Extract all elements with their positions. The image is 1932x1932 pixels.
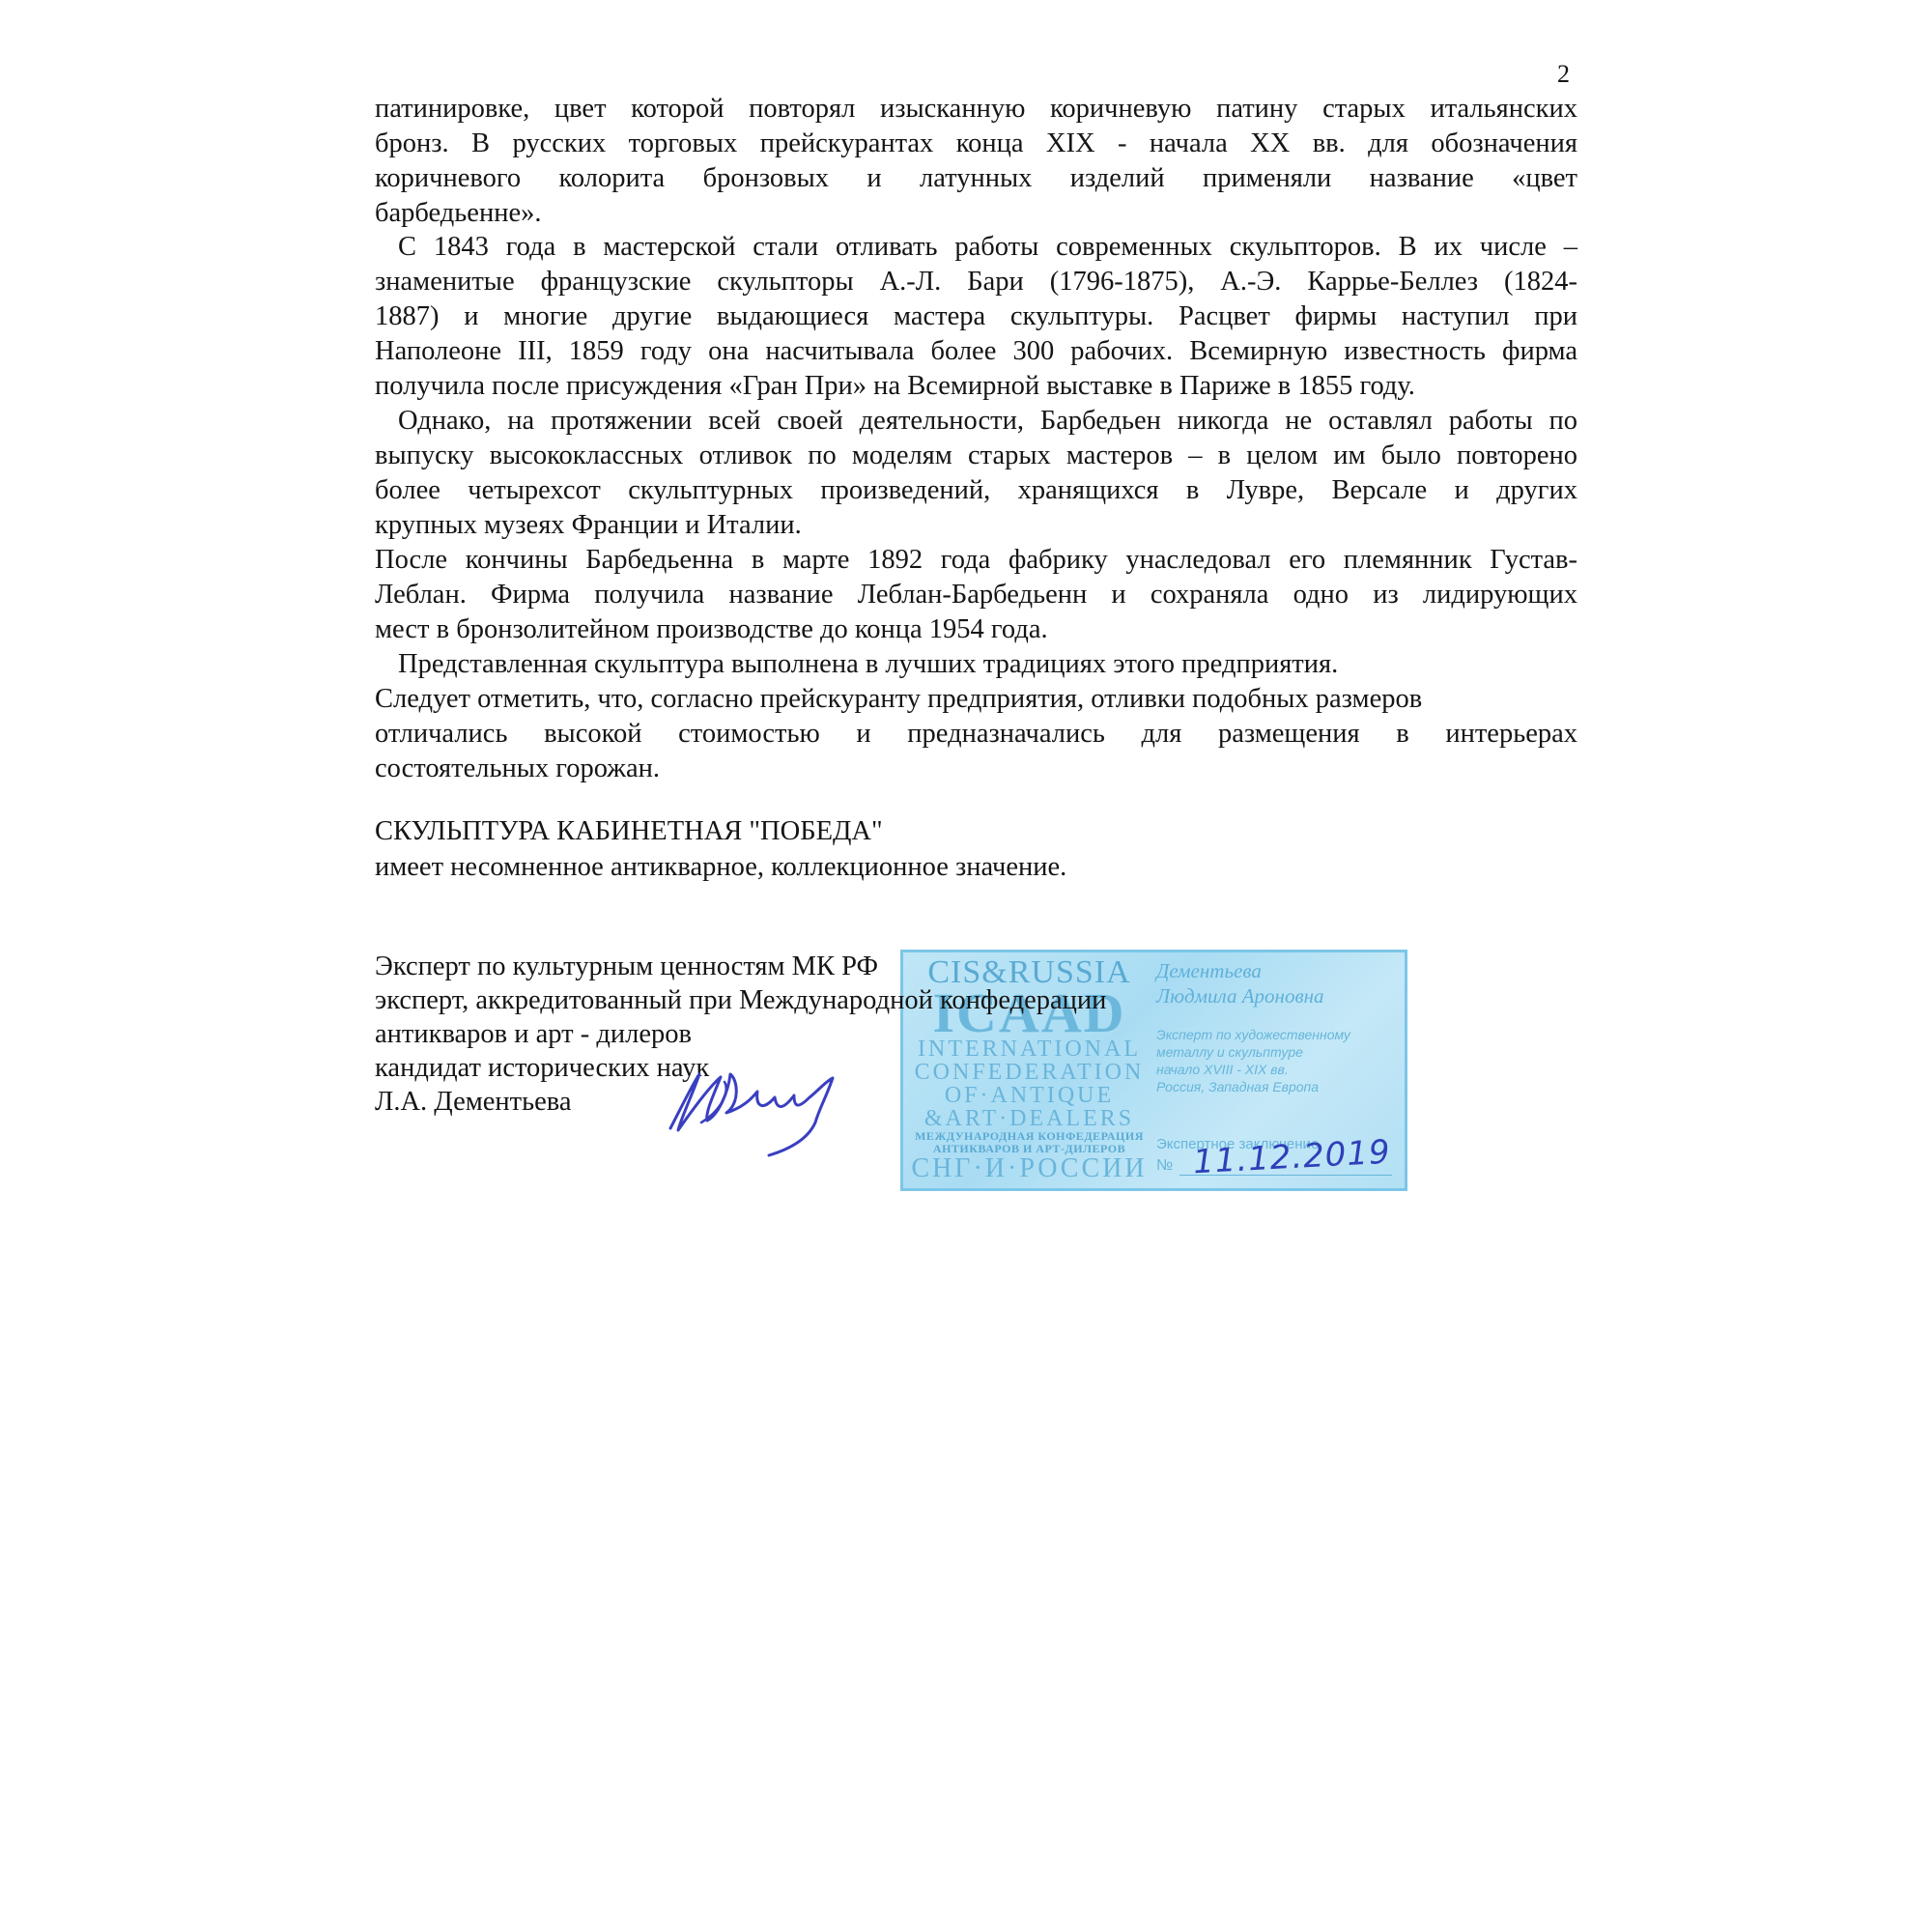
text-line: Следует отметить, что, согласно прейскур… xyxy=(375,682,1577,717)
text-line: знаменитые французские скульпторы А.-Л. … xyxy=(375,265,1577,299)
text-line: крупных музеях Франции и Италии. xyxy=(375,508,1577,543)
signature-icon xyxy=(663,1053,895,1159)
stamp-surname: Дементьева xyxy=(1156,958,1403,983)
text-line: коричневого колорита бронзовых и латунны… xyxy=(375,161,1577,196)
text-line: патинировке, цвет которой повторял изыск… xyxy=(375,92,1577,127)
text-line: Леблан. Фирма получила название Леблан-Б… xyxy=(375,578,1577,612)
paragraph-3: Однако, на протяжении всей своей деятель… xyxy=(375,404,1577,543)
text-line: Наполеоне III, 1859 году она насчитывала… xyxy=(375,334,1577,369)
expert-accreditation-cont: антикваров и арт - дилеров xyxy=(375,1017,1106,1051)
sculpture-title: СКУЛЬПТУРА КАБИНЕТНАЯ "ПОБЕДА" xyxy=(375,814,883,849)
stamp-number-label: № xyxy=(1156,1157,1173,1175)
expert-title: Эксперт по культурным ценностям МК РФ xyxy=(375,950,1106,983)
text-line: более четырехсот скульптурных произведен… xyxy=(375,473,1577,508)
paragraph-5: Представленная скульптура выполнена в лу… xyxy=(375,647,1577,682)
text-line: Представленная скульптура выполнена в лу… xyxy=(375,647,1577,682)
stamp-expert-info: Дементьева Людмила Ароновна Эксперт по х… xyxy=(1156,958,1403,1095)
text-line: бронз. В русских торговых прейскурантах … xyxy=(375,127,1577,161)
sculpture-note: имеет несомненное антикварное, коллекцио… xyxy=(375,850,1066,885)
text-line: получила после присуждения «Гран При» на… xyxy=(375,369,1577,404)
stamp-spec-line: Россия, Западная Европа xyxy=(1156,1078,1403,1095)
paragraph-4: После кончины Барбедьенна в марте 1892 г… xyxy=(375,543,1577,647)
text-line: С 1843 года в мастерской стали отливать … xyxy=(375,230,1577,265)
text-line: Однако, на протяжении всей своей деятель… xyxy=(375,404,1577,439)
text-line: отличались высокой стоимостью и предназн… xyxy=(375,717,1577,752)
text-line: После кончины Барбедьенна в марте 1892 г… xyxy=(375,543,1577,578)
paragraph-6: Следует отметить, что, согласно прейскур… xyxy=(375,682,1577,786)
stamp-spec-line: металлу и скульптуре xyxy=(1156,1043,1403,1061)
text-line: мест в бронзолитейном производстве до ко… xyxy=(375,612,1577,647)
stamp-org-ru-region: СНГ·И·РОССИИ xyxy=(911,1155,1148,1182)
paragraph-1: патинировке, цвет которой повторял изыск… xyxy=(375,92,1577,231)
text-line: 1887) и многие другие выдающиеся мастера… xyxy=(375,299,1577,334)
paragraph-2: С 1843 года в мастерской стали отливать … xyxy=(375,230,1577,404)
text-line: состоятельных горожан. xyxy=(375,752,1577,786)
stamp-given-names: Людмила Ароновна xyxy=(1156,983,1403,1009)
page-number: 2 xyxy=(1557,60,1570,89)
text-line: выпуску высококлассных отливок по моделя… xyxy=(375,439,1577,473)
text-line: барбедьенне». xyxy=(375,196,1577,231)
stamp-spec-line: начало XVIII - XIX вв. xyxy=(1156,1061,1403,1078)
stamp-spec-line: Эксперт по художественному xyxy=(1156,1026,1403,1043)
expert-accreditation: эксперт, аккредитованный при Международн… xyxy=(375,983,1106,1017)
